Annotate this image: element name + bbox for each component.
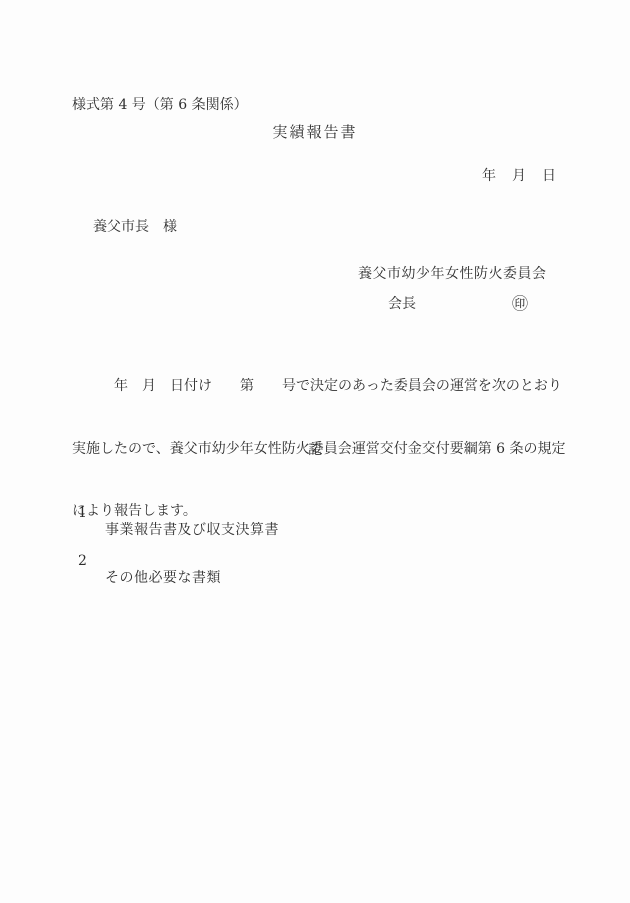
attachment-label: その他必要な書類 bbox=[105, 570, 221, 588]
body-line: 年 月 日付け 第 号で決定のあった委員会の運営を次のとおり bbox=[72, 373, 572, 401]
addressee-line: 養父市長 様 bbox=[93, 219, 177, 237]
report-document-page: 様式第 4 号（第 6 条関係） 実績報告書 年 月 日 養父市長 様 養父市幼… bbox=[0, 0, 630, 903]
attachment-number: 1 bbox=[78, 505, 87, 523]
record-heading: 記 bbox=[0, 442, 630, 460]
form-number: 様式第 4 号（第 6 条関係） bbox=[72, 97, 248, 115]
document-title: 実績報告書 bbox=[0, 123, 630, 142]
date-placeholder: 年 月 日 bbox=[482, 168, 557, 186]
sender-organization: 養父市幼少年女性防火委員会 bbox=[358, 266, 547, 284]
sender-role: 会長 bbox=[388, 296, 416, 314]
attachment-item: 2 その他必要な書類 bbox=[0, 535, 630, 605]
seal-mark-icon: ㊞ bbox=[512, 294, 528, 314]
attachment-number: 2 bbox=[78, 553, 87, 571]
